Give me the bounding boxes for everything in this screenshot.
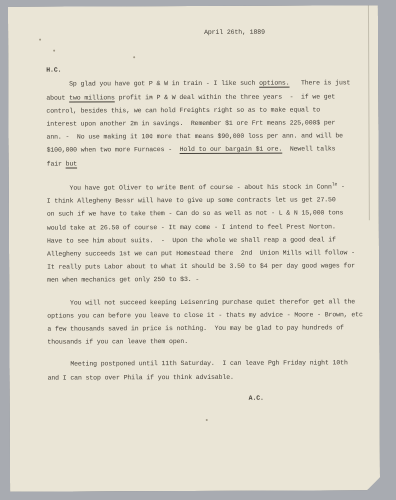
underlined-text: two millions [69,94,115,101]
letter-line: fair but [47,156,361,171]
text-segment: Newell talks [282,146,335,153]
paper-speckle [150,96,152,98]
letter-line: You will not succeed keeping Leisenring … [47,295,361,310]
letter-date: April 26th, 1889 [46,25,360,40]
letter-signature: A.C. [48,391,362,406]
page-fold-line [368,5,370,220]
text-segment: Sp glad you have got P & W in train - I … [46,80,259,88]
letter-line: You have got Oliver to write Bent of cou… [47,178,361,195]
letter-line: and I can stop over Phila if you think a… [48,370,362,385]
text-segment: Have to see him about suits. - Upon the … [47,236,336,244]
text-segment: options you can before you leave to clos… [47,311,362,319]
letter-line: $100,000 when two more Furnaces - Hold t… [47,143,361,158]
text-segment: $100,000 when two more Furnaces - [47,146,180,154]
text-segment: would take at 26.50 of course - It may c… [47,223,336,231]
letter-line: control, besides this, we can hold Freig… [46,103,360,118]
letter-line: Meeting postponed until 11th Saturday. I… [47,357,361,372]
letter-line: Sp glad you have got P & W in train - I … [46,77,360,92]
underlined-text: Hold to our bargain $1 ore. [180,146,283,153]
letter-line: thousands if you can leave them open. [47,334,361,349]
letter-line: on such if we have to take them - Can do… [47,207,361,222]
letter-paragraph: You will not succeed keeping Leisenring … [47,295,361,349]
letter-line: Allegheny succeeds 1st we can put Homest… [47,246,361,261]
text-segment: interest upon another 2m in savings. Rem… [46,119,335,127]
text-segment: ann. - No use making it 10¢ more that me… [46,133,342,141]
text-segment: - [337,183,345,190]
underlined-text: but [66,160,77,167]
letter-body: Sp glad you have got P & W in train - I … [46,77,361,385]
text-segment: You will not succeed keeping Leisenring … [47,298,355,306]
letter-line: options you can before you leave to clos… [47,308,361,323]
letter-paragraph: Meeting postponed until 11th Saturday. I… [47,357,361,385]
letter-line: would take at 26.50 of course - It may c… [47,220,361,235]
letter-paragraph: Sp glad you have got P & W in train - I … [46,77,360,171]
paper-speckle [133,56,135,58]
letter-line: about two millions profit in P & W deal … [46,90,360,105]
text-segment: thousands if you can leave them open. [47,338,188,346]
text-segment: It really puts Labor about to what it sh… [47,263,355,271]
letter-paragraph: You have got Oliver to write Bent of cou… [47,178,361,287]
letter-salutation: H.C. [46,62,360,77]
text-segment: men when mechanics get only 250 to $3. - [47,276,199,284]
text-segment: You have got Oliver to write Bent of cou… [47,183,332,191]
letter-line: a few thousands saved in price is nothin… [47,321,361,336]
text-segment: I think Allegheny Bessr will have to giv… [47,197,336,205]
paper-speckle [39,39,41,41]
text-segment: Meeting postponed until 11th Saturday. I… [47,360,347,368]
letter-line: Have to see him about suits. - Upon the … [47,233,361,248]
letter-line: ann. - No use making it 10¢ more that me… [46,129,360,144]
text-segment: control, besides this, we can hold Freig… [46,106,320,114]
text-segment: a few thousands saved in price is nothin… [47,324,343,332]
text-segment: about [46,94,69,101]
text-segment: and I can stop over Phila if you think a… [48,373,234,381]
underlined-text: options. [259,80,289,87]
paper-speckle [53,50,55,52]
text-segment: on such if we have to take them - Can do… [47,210,343,218]
letter-line: I think Allegheny Bessr will have to giv… [47,193,361,208]
photo-background: April 26th, 1889 H.C. Sp glad you have g… [0,0,396,500]
letter-line: It really puts Labor about to what it sh… [47,259,361,274]
text-segment: fair [47,160,66,167]
paper-speckle [206,419,208,421]
text-segment: profit in P & W deal within the three ye… [115,93,335,101]
letter-page: April 26th, 1889 H.C. Sp glad you have g… [8,5,380,492]
letter-line: interest upon another 2m in savings. Rem… [46,116,360,131]
letter-line: men when mechanics get only 250 to $3. - [47,273,361,288]
text-segment: Allegheny succeeds 1st we can put Homest… [47,249,355,257]
text-segment: There is just [290,80,351,87]
